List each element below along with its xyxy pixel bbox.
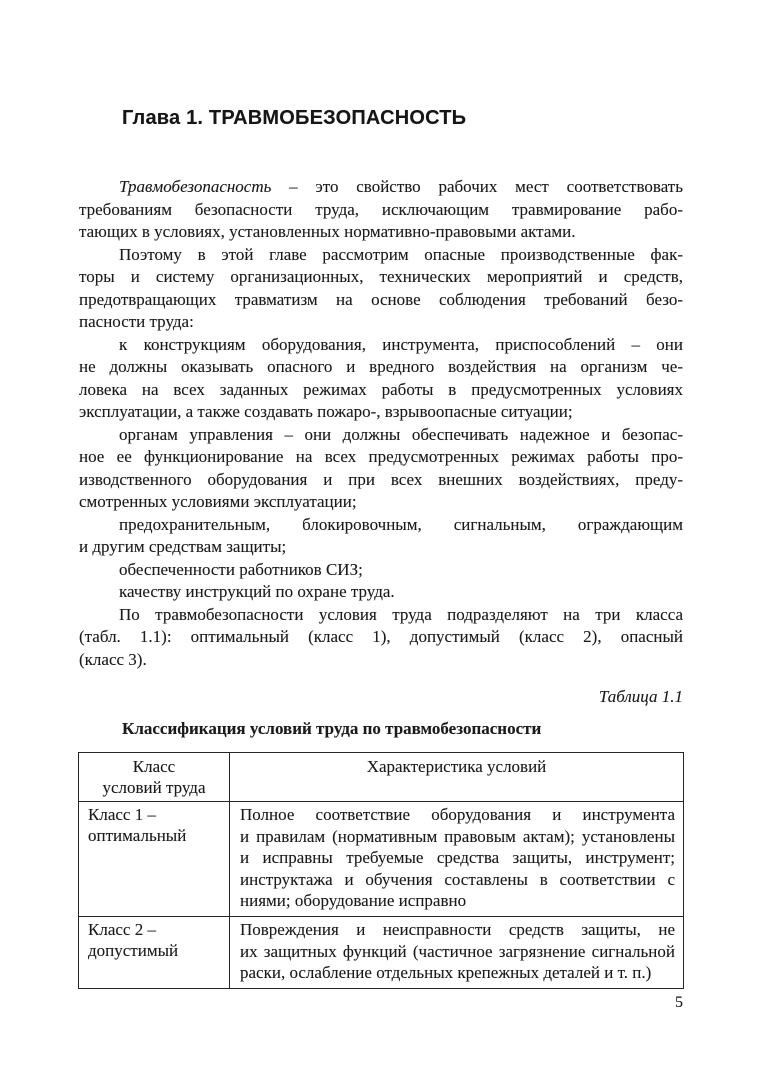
table-title: Классификация условий труда по травмобез… [122,719,541,739]
cell-line: оптимальный [88,825,223,846]
table-row: Класс 2 –допустимыйПовреждения и неиспра… [79,916,684,988]
header-class-cell: Классусловий труда [79,753,230,802]
class-cell: Класс 1 –оптимальный [79,802,230,917]
table-caption: Таблица 1.1 [79,687,683,707]
header-line: условий труда [83,777,225,798]
cell-line: раски, ослабление отдельных крепежных де… [240,962,675,984]
text-line: Травмобезопасность – это свойство рабочи… [79,176,683,199]
cell-line: и правилам (нормативным правовым актам);… [240,826,675,848]
cell-line: ниями; оборудование исправно [240,890,675,912]
paragraph: органам управления – они должны обеспечи… [79,424,683,514]
cell-line: инструктажа и обучения составлены в соот… [240,869,675,891]
characteristic-cell: Повреждения и неисправности средств защи… [230,916,684,988]
cell-line: и исправны требуемые средства защиты, ин… [240,847,675,869]
text-line: ловека на всех заданных режимах работы в… [79,379,683,402]
text-line: (класс 3). [79,649,683,672]
text-line: торы и систему организационных, техничес… [79,266,683,289]
characteristic-cell: Полное соответствие оборудования и инстр… [230,802,684,917]
text-line: качеству инструкций по охране труда. [79,581,683,604]
body-text: Травмобезопасность – это свойство рабочи… [79,176,683,671]
table-header-row: Классусловий труда Характеристика услови… [79,753,684,802]
chapter-heading: Глава 1. ТРАВМОБЕЗОПАСНОСТЬ [122,106,466,130]
header-characteristic-cell: Характеристика условий [230,753,684,802]
text-line: не должны оказывать опасного и вредного … [79,356,683,379]
cell-line: Полное соответствие оборудования и инстр… [240,804,675,826]
paragraph: По травмобезопасности условия труда подр… [79,604,683,672]
text-line: и другим средствам защиты; [79,536,683,559]
text-line: обеспеченности работников СИЗ; [79,559,683,582]
paragraph: качеству инструкций по охране труда. [79,581,683,604]
page-number: 5 [79,994,683,1012]
text-line: эксплуатации, а также создавать пожаро-,… [79,401,683,424]
paragraph: Травмобезопасность – это свойство рабочи… [79,176,683,244]
paragraph: к конструкциям оборудования, инструмента… [79,334,683,424]
text-line: требованиям безопасности труда, исключаю… [79,199,683,222]
text-line: предотвращающих травматизм на основе соб… [79,289,683,312]
text-line: органам управления – они должны обеспечи… [79,424,683,447]
text-line: (табл. 1.1): оптимальный (класс 1), допу… [79,626,683,649]
table-body: Класс 1 –оптимальныйПолное соответствие … [79,802,684,989]
cell-line: Класс 1 – [88,804,223,825]
class-cell: Класс 2 –допустимый [79,916,230,988]
cell-line: Класс 2 – [88,919,223,940]
table-row: Класс 1 –оптимальныйПолное соответствие … [79,802,684,917]
paragraph: обеспеченности работников СИЗ; [79,559,683,582]
cell-line: их защитных функций (частичное загрязнен… [240,941,675,963]
cell-line: допустимый [88,940,223,961]
text-line: изводственного оборудования и при всех в… [79,469,683,492]
header-line: Класс [83,756,225,777]
cell-line: Повреждения и неисправности средств защи… [240,919,675,941]
text-line: смотренных условиями эксплуатации; [79,491,683,514]
text-line: Поэтому в этой главе рассмотрим опасные … [79,244,683,267]
conditions-table: Классусловий труда Характеристика услови… [78,752,684,989]
paragraph: Поэтому в этой главе рассмотрим опасные … [79,244,683,334]
text-line: тающих в условиях, установленных нормати… [79,221,683,244]
italic-term: Травмобезопасность [119,177,271,196]
paragraph: предохранительным, блокировочным, сигнал… [79,514,683,559]
text-line: пасности труда: [79,311,683,334]
text-line: к конструкциям оборудования, инструмента… [79,334,683,357]
text-line: По травмобезопасности условия труда подр… [79,604,683,627]
text-line: предохранительным, блокировочным, сигнал… [79,514,683,537]
document-page: Глава 1. ТРАВМОБЕЗОПАСНОСТЬ Травмобезопа… [0,0,763,1080]
text-line: ное ее функционирование на всех предусмо… [79,446,683,469]
